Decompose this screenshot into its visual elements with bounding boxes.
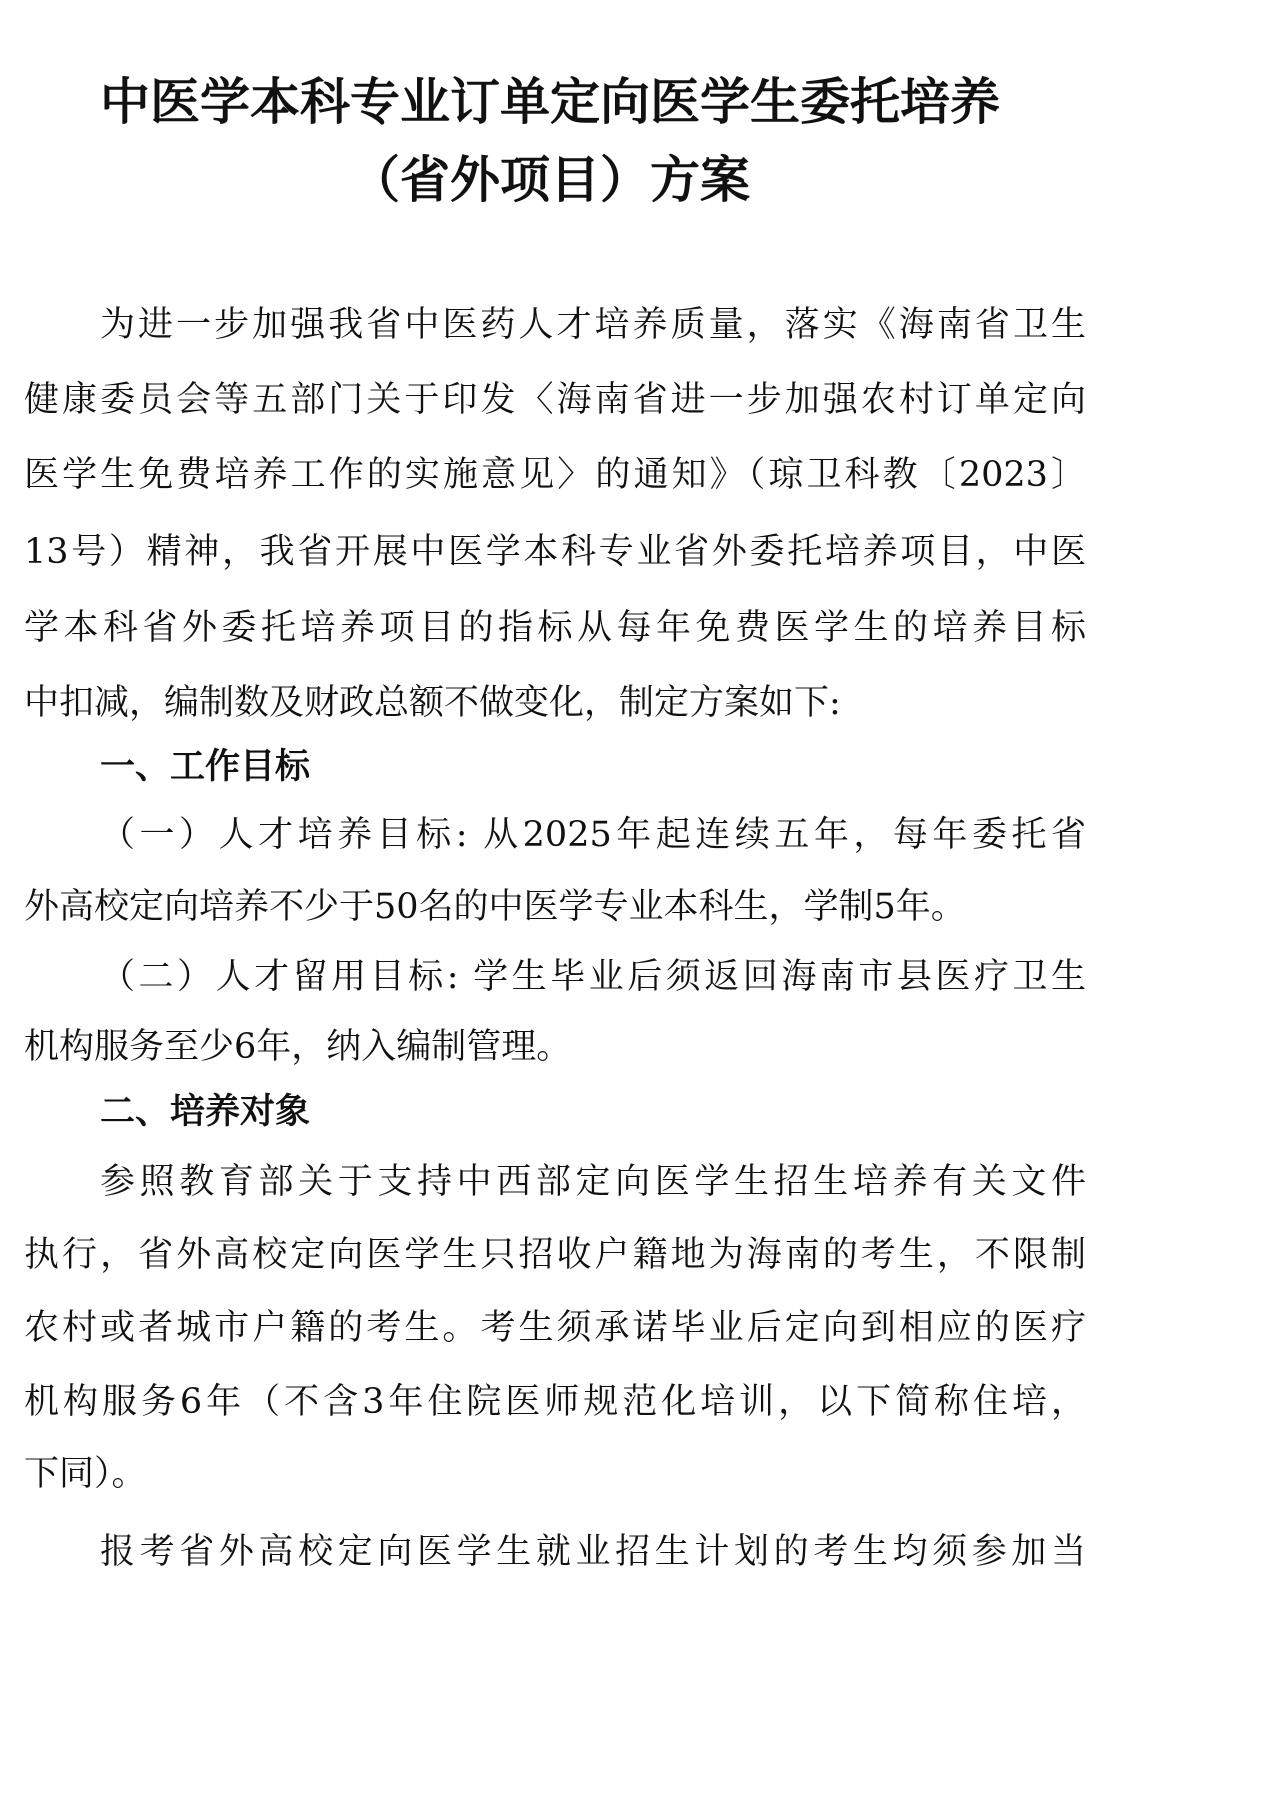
section-2-heading: 二、培养对象: [100, 1090, 310, 1134]
intro-line-6: 中扣减，编制数及财政总额不做变化，制定方案如下:: [24, 681, 1086, 725]
section-1-item-2-line-2: 机构服务至少6年，纳入编制管理。: [24, 1025, 1086, 1069]
section-1-item-1-line-2: 外高校定向培养不少于50名的中医学专业本科生，学制5年。: [24, 885, 1086, 929]
document-page: 中医学本科专业订单定向医学生委托培养 （省外项目）方案 为进一步加强我省中医药人…: [0, 0, 1280, 1812]
intro-line-4: 13号）精神，我省开展中医学本科专业省外委托培养项目，中医: [24, 530, 1086, 574]
section-1-item-1-line-1: （一）人才培养目标: 从2025年起连续五年，每年委托省: [100, 813, 1086, 857]
document-title-line-2: （省外项目）方案: [0, 150, 1100, 210]
section-1-item-2-line-1: （二）人才留用目标: 学生毕业后须返回海南市县医疗卫生: [100, 955, 1086, 999]
section-2-para-1-line-4: 机构服务6年（不含3年住院医师规范化培训，以下简称住培，: [24, 1380, 1086, 1424]
section-1-heading: 一、工作目标: [100, 745, 310, 789]
section-2-para-1-line-1: 参照教育部关于支持中西部定向医学生招生培养有关文件: [100, 1160, 1086, 1204]
section-2-para-1-line-3: 农村或者城市户籍的考生。考生须承诺毕业后定向到相应的医疗: [24, 1306, 1086, 1350]
section-2-para-1-line-2: 执行，省外高校定向医学生只招收户籍地为海南的考生，不限制: [24, 1233, 1086, 1277]
intro-line-5: 学本科省外委托培养项目的指标从每年免费医学生的培养目标: [24, 606, 1086, 650]
intro-line-3: 医学生免费培养工作的实施意见〉的通知》（琼卫科教〔2023〕: [24, 453, 1086, 497]
section-2-para-2-line-1: 报考省外高校定向医学生就业招生计划的考生均须参加当: [100, 1530, 1086, 1574]
section-2-para-1-line-5: 下同）。: [24, 1452, 1086, 1496]
document-title-line-1: 中医学本科专业订单定向医学生委托培养: [0, 72, 1100, 132]
intro-line-1: 为进一步加强我省中医药人才培养质量，落实《海南省卫生: [100, 303, 1086, 347]
intro-line-2: 健康委员会等五部门关于印发〈海南省进一步加强农村订单定向: [24, 378, 1086, 422]
